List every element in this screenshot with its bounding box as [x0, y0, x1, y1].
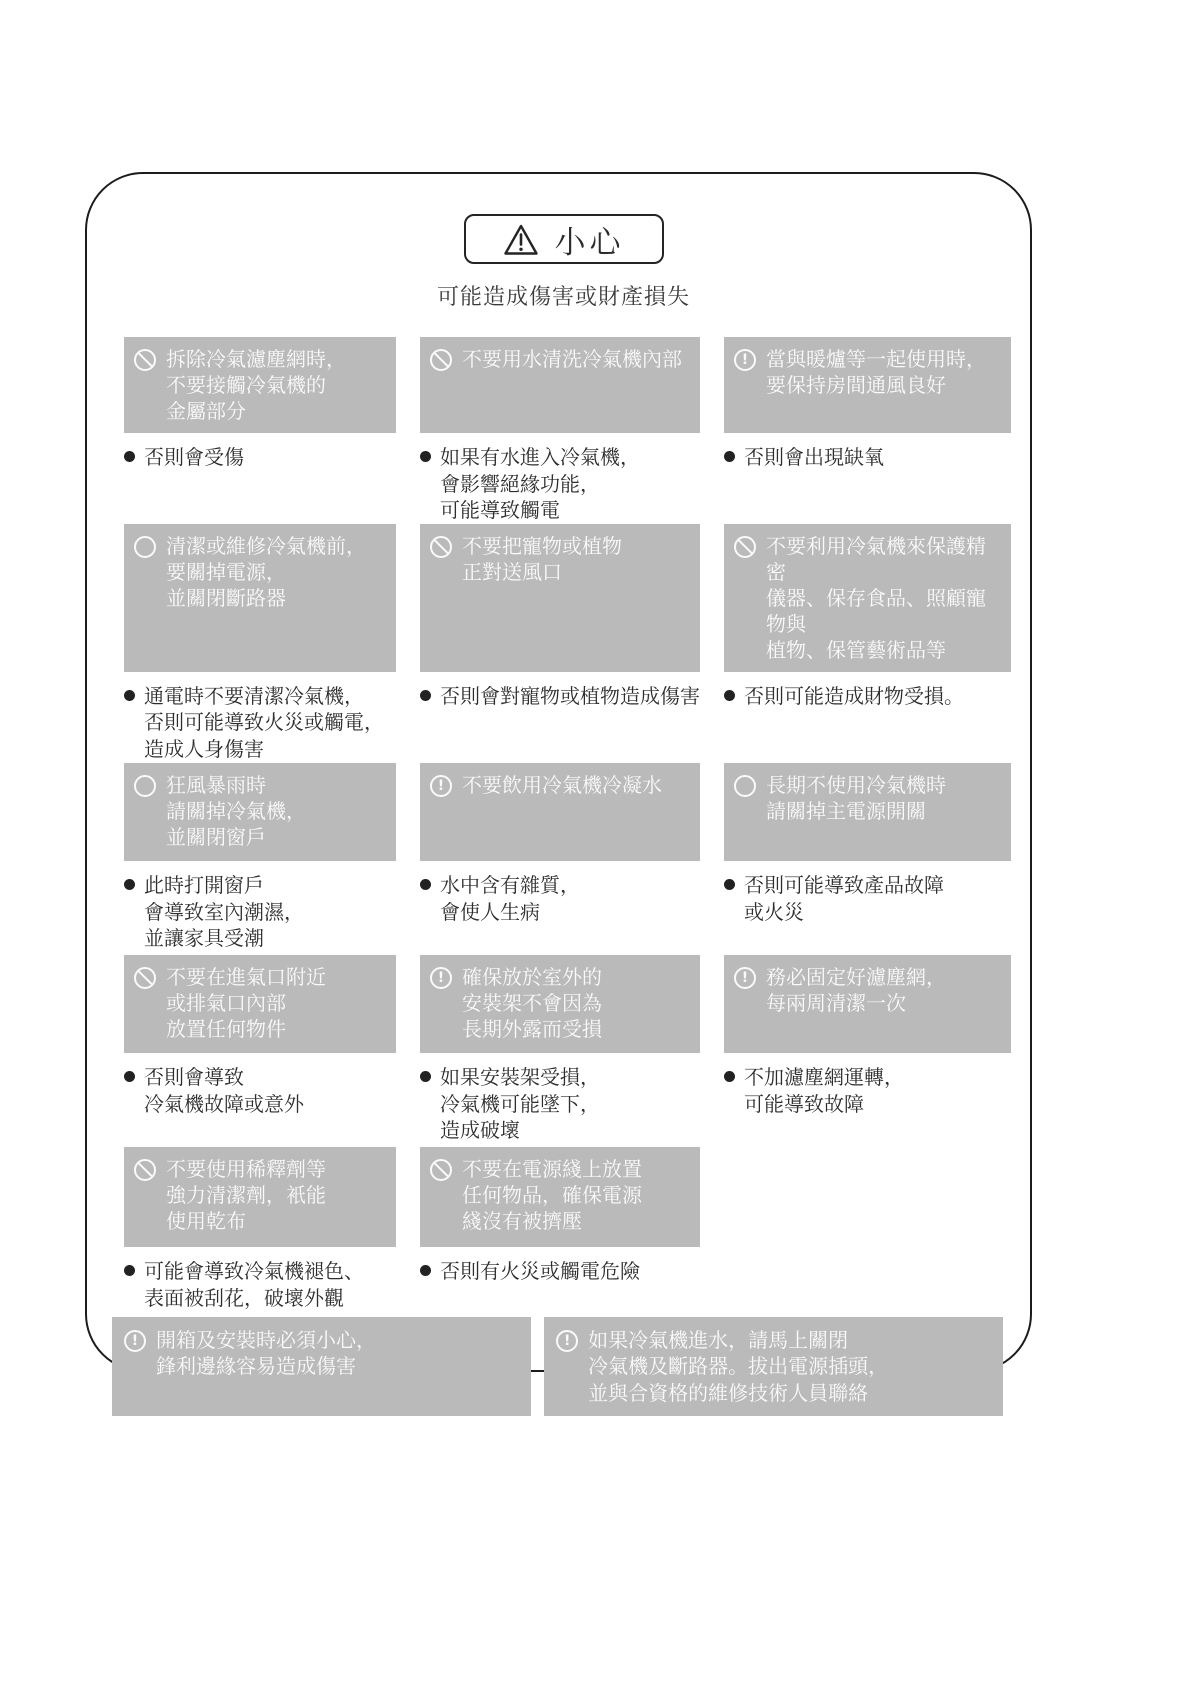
prohibition-icon	[430, 349, 452, 371]
warning-note-text: 否則可能導致產品故障 或火災	[744, 872, 944, 925]
attention-icon: !	[734, 349, 756, 371]
prohibition-icon	[134, 1159, 156, 1181]
bullet-icon	[724, 1071, 735, 1082]
bullet-icon	[124, 1265, 135, 1276]
bullet-icon	[420, 879, 431, 890]
warning-note: 水中含有雜質， 會使人生病	[420, 872, 700, 954]
warning-note-text: 否則會對寵物或植物造成傷害	[440, 683, 700, 710]
warning-note-text: 否則會出現缺氧	[744, 444, 884, 471]
warning-note: 不加濾塵網運轉， 可能導致故障	[724, 1064, 1011, 1146]
warning-box: 拆除冷氣濾塵網時， 不要接觸冷氣機的 金屬部分	[124, 337, 396, 433]
warning-note: 如果有水進入冷氣機， 會影響絕緣功能， 可能導致觸電	[420, 444, 700, 524]
caution-header-box: 小心	[464, 214, 664, 264]
warning-box: !務必固定好濾塵網， 每兩周清潔一次	[724, 955, 1011, 1054]
warning-box-text: 不要在進氣口附近 或排氣口內部 放置任何物件	[166, 964, 326, 1042]
warning-note: 此時打開窗戶 會導致室內潮濕， 並讓家具受潮	[124, 872, 396, 954]
warning-box-text: 務必固定好濾塵網， 每兩周清潔一次	[766, 964, 946, 1016]
instruction-icon	[134, 775, 156, 797]
warning-note: 否則會導致 冷氣機故障或意外	[124, 1064, 396, 1146]
bullet-icon	[724, 879, 735, 890]
footer-warning-row: !開箱及安裝時必須小心， 鋒利邊緣容易造成傷害!如果冷氣機進水，請馬上關閉 冷氣…	[112, 1317, 1003, 1417]
prohibition-icon	[134, 967, 156, 989]
warning-box: !當與暖爐等一起使用時， 要保持房間通風良好	[724, 337, 1011, 433]
caution-subtitle: 可能造成傷害或財產損失	[124, 280, 1003, 311]
warning-triangle-icon	[503, 223, 539, 256]
warning-row: 拆除冷氣濾塵網時， 不要接觸冷氣機的 金屬部分否則會受傷不要用水清洗冷氣機內部如…	[124, 337, 1003, 524]
caution-title: 小心	[555, 217, 625, 262]
prohibition-icon	[734, 536, 756, 558]
warning-note-text: 水中含有雜質， 會使人生病	[440, 872, 580, 925]
footer-warning-text: 如果冷氣機進水，請馬上關閉 冷氣機及斷路器。拔出電源插頭， 並與合資格的維修技術…	[588, 1327, 888, 1407]
warning-note-text: 可能會導致冷氣機褪色、 表面被刮花，破壞外觀	[144, 1258, 364, 1311]
warning-note-text: 不加濾塵網運轉， 可能導致故障	[744, 1064, 904, 1117]
bullet-icon	[724, 690, 735, 701]
footer-warning-box: !如果冷氣機進水，請馬上關閉 冷氣機及斷路器。拔出電源插頭， 並與合資格的維修技…	[544, 1317, 1003, 1417]
warning-box-text: 拆除冷氣濾塵網時， 不要接觸冷氣機的 金屬部分	[166, 346, 346, 424]
bullet-icon	[420, 1265, 431, 1276]
warning-box-text: 當與暖爐等一起使用時， 要保持房間通風良好	[766, 346, 986, 398]
warning-box-text: 不要把寵物或植物 正對送風口	[462, 533, 622, 585]
warning-note-text: 否則可能造成財物受損。	[744, 683, 964, 710]
warning-note-text: 否則會受傷	[144, 444, 244, 471]
attention-icon: !	[556, 1330, 578, 1352]
prohibition-icon	[430, 1159, 452, 1181]
warning-note: 否則會出現缺氧	[724, 444, 1011, 524]
bullet-icon	[124, 1071, 135, 1082]
attention-icon: !	[124, 1330, 146, 1352]
warning-note: 否則會對寵物或植物造成傷害	[420, 683, 700, 763]
warning-box-text: 不要飲用冷氣機冷凝水	[462, 772, 662, 798]
warning-box-text: 清潔或維修冷氣機前， 要關掉電源， 並關閉斷路器	[166, 533, 366, 611]
warning-note-text: 通電時不要清潔冷氣機， 否則可能導致火災或觸電， 造成人身傷害	[144, 683, 384, 763]
warning-box: 不要把寵物或植物 正對送風口	[420, 524, 700, 672]
warning-box: 不要在進氣口附近 或排氣口內部 放置任何物件	[124, 955, 396, 1054]
prohibition-icon	[134, 349, 156, 371]
bullet-icon	[724, 451, 735, 462]
bullet-icon	[124, 451, 135, 462]
instruction-icon	[134, 536, 156, 558]
warning-box: !確保放於室外的 安裝架不會因為 長期外露而受損	[420, 955, 700, 1054]
warning-box: 不要利用冷氣機來保護精密 儀器、保存食品、照顧寵物與 植物、保管藝術品等	[724, 524, 1011, 672]
warning-note: 通電時不要清潔冷氣機， 否則可能導致火災或觸電， 造成人身傷害	[124, 683, 396, 763]
warning-row: 不要在進氣口附近 或排氣口內部 放置任何物件否則會導致 冷氣機故障或意外!確保放…	[124, 955, 1003, 1147]
warning-note-text: 否則會導致 冷氣機故障或意外	[144, 1064, 304, 1117]
attention-icon: !	[430, 967, 452, 989]
warning-note-text: 如果安裝架受損， 冷氣機可能墜下， 造成破壞	[440, 1064, 600, 1144]
warning-box-text: 確保放於室外的 安裝架不會因為 長期外露而受損	[462, 964, 602, 1042]
bullet-icon	[124, 690, 135, 701]
warning-box-text: 不要在電源綫上放置 任何物品，確保電源 綫沒有被擠壓	[462, 1156, 642, 1234]
warning-note-text: 否則有火災或觸電危險	[440, 1258, 640, 1285]
bullet-icon	[124, 879, 135, 890]
warning-box: 不要使用稀釋劑等 強力清潔劑，衹能 使用乾布	[124, 1147, 396, 1248]
attention-icon: !	[430, 775, 452, 797]
warning-note-text: 此時打開窗戶 會導致室內潮濕， 並讓家具受潮	[144, 872, 304, 952]
warning-note: 可能會導致冷氣機褪色、 表面被刮花，破壞外觀	[124, 1258, 396, 1316]
prohibition-icon	[430, 536, 452, 558]
warning-row: 狂風暴雨時 請關掉冷氣機， 並關閉窗戶此時打開窗戶 會導致室內潮濕， 並讓家具受…	[124, 763, 1003, 955]
warning-box-text: 長期不使用冷氣機時 請關掉主電源開關	[766, 772, 946, 824]
warning-note-text: 如果有水進入冷氣機， 會影響絕緣功能， 可能導致觸電	[440, 444, 640, 524]
warning-box: 清潔或維修冷氣機前， 要關掉電源， 並關閉斷路器	[124, 524, 396, 672]
warning-note: 如果安裝架受損， 冷氣機可能墜下， 造成破壞	[420, 1064, 700, 1146]
footer-warning-text: 開箱及安裝時必須小心， 鋒利邊緣容易造成傷害	[156, 1327, 376, 1380]
caution-page-panel: 小心 可能造成傷害或財產損失 拆除冷氣濾塵網時， 不要接觸冷氣機的 金屬部分否則…	[85, 172, 1032, 1372]
warning-box: 不要用水清洗冷氣機內部	[420, 337, 700, 433]
warning-box-text: 不要利用冷氣機來保護精密 儀器、保存食品、照顧寵物與 植物、保管藝術品等	[766, 533, 1003, 663]
warning-row: 清潔或維修冷氣機前， 要關掉電源， 並關閉斷路器通電時不要清潔冷氣機， 否則可能…	[124, 524, 1003, 763]
warning-box-text: 不要用水清洗冷氣機內部	[462, 346, 682, 372]
warning-note: 否則會受傷	[124, 444, 396, 524]
warning-box-text: 不要使用稀釋劑等 強力清潔劑，衹能 使用乾布	[166, 1156, 326, 1234]
warning-note: 否則有火災或觸電危險	[420, 1258, 700, 1316]
instruction-icon	[734, 775, 756, 797]
warning-box-text: 狂風暴雨時 請關掉冷氣機， 並關閉窗戶	[166, 772, 306, 850]
warning-box: 狂風暴雨時 請關掉冷氣機， 並關閉窗戶	[124, 763, 396, 862]
warning-note: 否則可能造成財物受損。	[724, 683, 1011, 763]
warning-box: 不要在電源綫上放置 任何物品，確保電源 綫沒有被擠壓	[420, 1147, 700, 1248]
warning-grid: 拆除冷氣濾塵網時， 不要接觸冷氣機的 金屬部分否則會受傷不要用水清洗冷氣機內部如…	[124, 337, 1003, 1317]
warning-row: 不要使用稀釋劑等 強力清潔劑，衹能 使用乾布可能會導致冷氣機褪色、 表面被刮花，…	[124, 1147, 1003, 1317]
bullet-icon	[420, 451, 431, 462]
warning-box: 長期不使用冷氣機時 請關掉主電源開關	[724, 763, 1011, 862]
footer-warning-box: !開箱及安裝時必須小心， 鋒利邊緣容易造成傷害	[112, 1317, 531, 1417]
attention-icon: !	[734, 967, 756, 989]
bullet-icon	[420, 690, 431, 701]
bullet-icon	[420, 1071, 431, 1082]
warning-box: !不要飲用冷氣機冷凝水	[420, 763, 700, 862]
warning-note: 否則可能導致產品故障 或火災	[724, 872, 1011, 954]
